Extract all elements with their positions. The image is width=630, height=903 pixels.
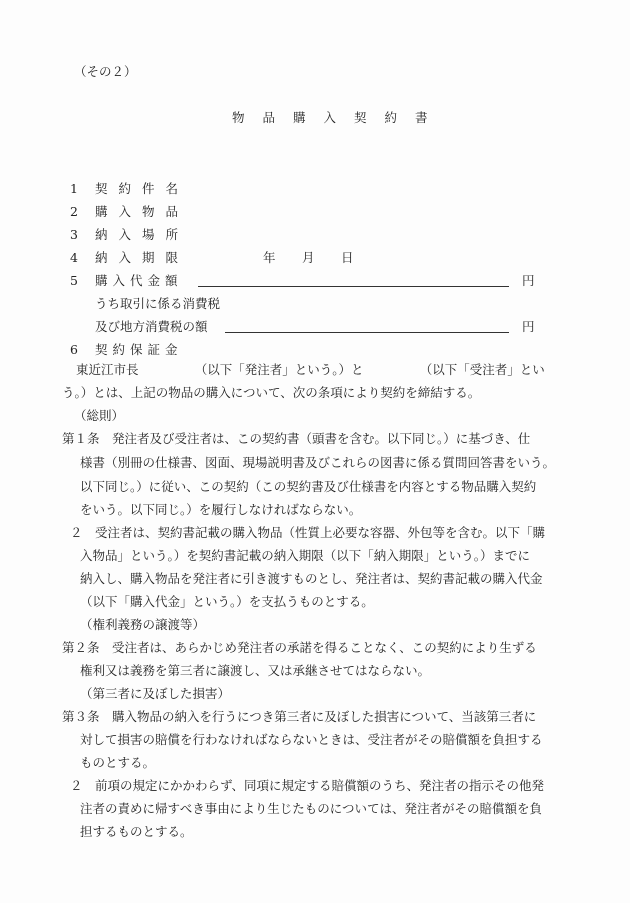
yen-unit: 円 [522, 273, 535, 289]
item-number: 3 [70, 227, 78, 243]
article-line: 第２条 受注者は、あらかじめ発注者の承諾を得ることなく、この契約により生ずる [62, 640, 537, 656]
yen-unit: 円 [522, 319, 535, 335]
item-label-contract-deposit: 契約保証金 [95, 342, 183, 358]
article-line: 納入し、購入物品を発注者に引き渡すものとし、発注者は、契約書記載の購入代金 [80, 571, 543, 587]
item-number: 6 [70, 342, 78, 358]
article-line: 担するものとする。 [80, 824, 193, 840]
tax-underline [225, 332, 509, 333]
article-line: （以下「購入代金」という。）を支払うものとする。 [80, 594, 374, 610]
item-label-delivery-place: 納入場所 [95, 227, 189, 243]
article-heading: （第三者に及ぼした損害） [80, 686, 230, 702]
item-number: 1 [70, 181, 78, 197]
article-line: 入物品」という。）を契約書記載の納入期限（以下「納入期限」という。）までに [80, 548, 530, 564]
article-heading: （総則） [74, 408, 124, 424]
item-label-delivery-deadline: 納入期限 [95, 250, 189, 266]
date-day: 日 [341, 250, 354, 266]
preamble-line: 東近江市長 （以下「発注者」という。）と （以下「受注者」とい [76, 362, 545, 378]
item-number: 4 [70, 250, 78, 266]
article-line: 第１条 発注者及び受注者は、この契約書（頭書を含む。以下同じ。）に基づき、仕 [62, 431, 530, 447]
tax-amount-label: 及び地方消費税の額 [95, 319, 208, 335]
document-label: （その２） [74, 64, 137, 80]
article-line: ものとする。 [80, 755, 155, 771]
item-number: 2 [70, 204, 78, 220]
article-line: をいう。以下同じ。）を履行しなければならない。 [80, 502, 361, 518]
tax-sub-label: うち取引に係る消費税 [95, 296, 220, 312]
article-heading: （権利義務の譲渡等） [80, 617, 205, 633]
item-number: 5 [70, 273, 78, 289]
article-line: 様書（別冊の仕様書、図面、現場説明書及びこれらの図書に係る質問回答書をいう。 [80, 455, 555, 471]
article-line: 注者の責めに帰すべき事由により生じたものについては、発注者がその賠償額を負 [80, 801, 542, 817]
item-label-goods: 購入物品 [95, 204, 189, 220]
document-title: 物品購入契約書 [232, 110, 446, 126]
date-year: 年 [263, 250, 276, 266]
document-page: （その２） 物品購入契約書 1 契約件名 2 購入物品 3 納入場所 4 納入期… [0, 0, 630, 903]
article-line: ２ 受注者は、契約書記載の購入物品（性質上必要な容器、外包等を含む。以下「購 [70, 525, 545, 541]
amount-underline [198, 286, 509, 287]
date-month: 月 [302, 250, 315, 266]
article-line: 以下同じ。）に従い、この契約（この契約書及び仕様書を内容とする物品購入契約 [80, 479, 536, 495]
item-label-contract-name: 契約件名 [95, 181, 189, 197]
item-label-purchase-amount: 購入代金額 [95, 273, 183, 289]
article-line: 対して損害の賠償を行わなければならないときは、受注者がその賠償額を負担する [80, 732, 543, 748]
article-line: 権利又は義務を第三者に譲渡し、又は承継させてはならない。 [80, 663, 430, 679]
preamble-line: う。）とは、上記の物品の購入について、次の条項により契約を締結する。 [62, 385, 480, 401]
article-line: ２ 前項の規定にかかわらず、同項に規定する賠償額のうち、発注者の指示その他発 [70, 778, 544, 794]
article-line: 第３条 購入物品の納入を行うにつき第三者に及ぼした損害について、当該第三者に [62, 709, 536, 725]
